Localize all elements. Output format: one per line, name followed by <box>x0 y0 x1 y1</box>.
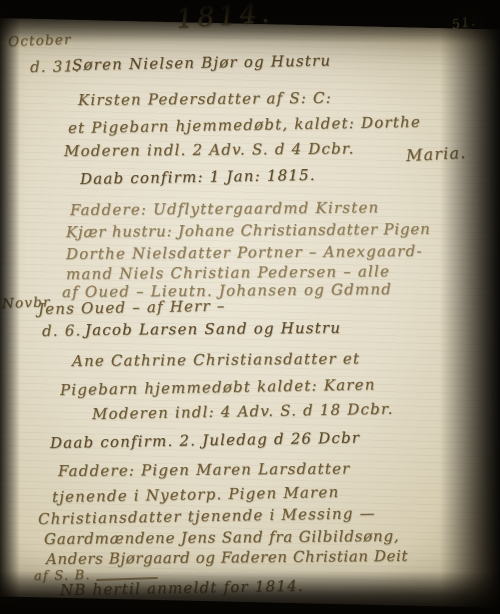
register-line: Moderen indl. 2 Adv. S. d 4 Dcbr. <box>64 139 355 160</box>
register-line: Søren Nielsen Bjør og Hustru <box>72 51 332 74</box>
register-line: Jacob Larsen Sand og Hustru <box>85 319 341 339</box>
page-number: 51. <box>451 14 478 33</box>
register-line: Pigebarn hjemmedøbt kaldet: Karen <box>60 375 376 399</box>
register-line: Gaardmændene Jens Sand fra Gilbildsøng, <box>44 527 400 548</box>
register-line: Christiansdatter tjenende i Messing — <box>38 504 376 528</box>
register-line: et Pigebarn hjemmedøbt, kaldet: Dorthe <box>68 113 421 137</box>
register-line: Dorthe Nielsdatter Portner – Anexgaard- <box>66 242 423 263</box>
register-line: Anders Bjørgaard og Faderen Christian De… <box>46 547 408 568</box>
year-heading: 1814. <box>175 0 274 35</box>
register-line: Jens Oued – af Herr – <box>38 297 226 318</box>
handwriting-layer: 1814. 51. October d. 31. Novbr d. 6. Mar… <box>0 0 500 614</box>
register-line: Faddere: Udflyttergaardmd Kirsten <box>70 198 379 219</box>
register-line: Kjær hustru: Johane Christiansdatter Pig… <box>66 220 431 241</box>
register-line: tjenende i Nyetorp. Pigen Maren <box>52 483 340 506</box>
register-page-scan: 1814. 51. October d. 31. Novbr d. 6. Mar… <box>0 0 500 614</box>
margin-month-october: October <box>8 32 72 50</box>
margin-child-name: Maria. <box>406 143 467 165</box>
register-line: Moderen indl: 4 Adv. S. d 18 Dcbr. <box>92 400 394 423</box>
register-line: Daab confirm. 2. Juledag d 26 Dcbr <box>50 429 361 452</box>
register-line: Ane Cathrine Christiansdatter et <box>72 349 360 370</box>
margin-date-6: d. 6. <box>42 321 82 340</box>
register-line: Daab confirm: 1 Jan: 1815. <box>80 166 316 188</box>
register-line: Faddere: Pigen Maren Larsdatter <box>58 459 351 480</box>
register-line: Kirsten Pedersdatter af S: C: <box>78 89 332 109</box>
